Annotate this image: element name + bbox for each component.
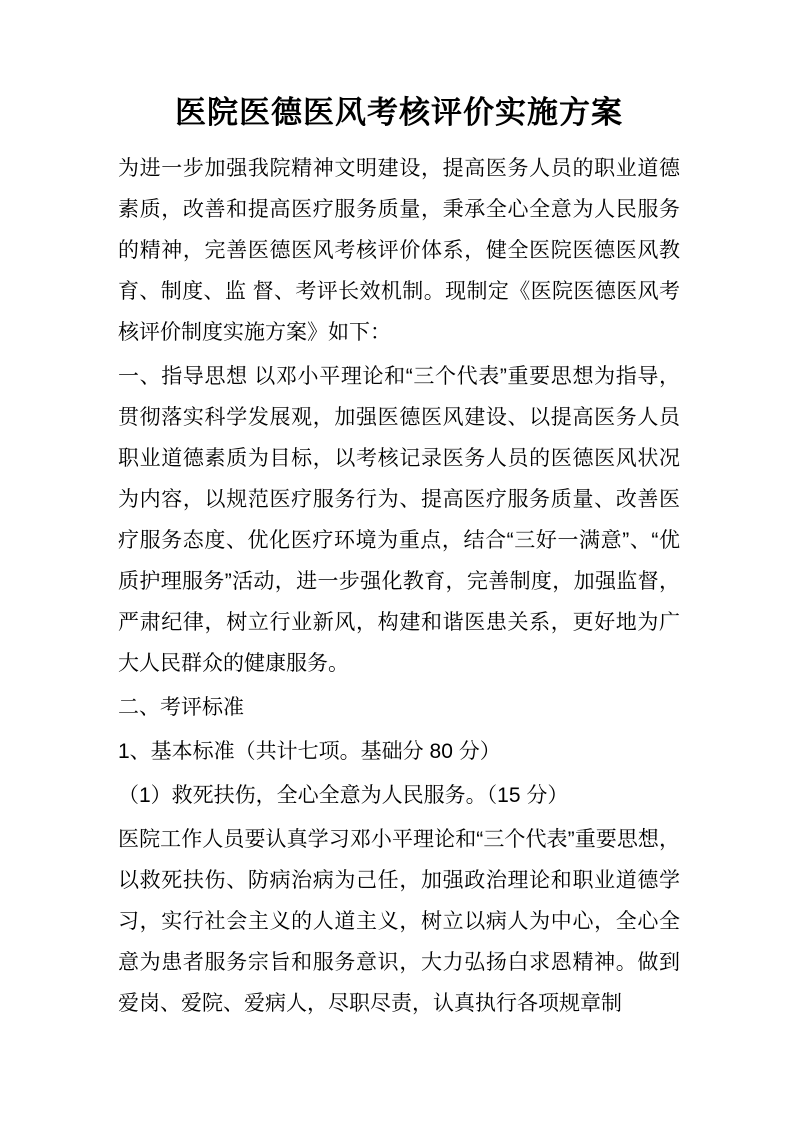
document-body: 为进一步加强我院精神文明建设，提高医务人员的职业道德素质，改善和提高医疗服务质量… [118, 148, 680, 1024]
paragraph-intro: 为进一步加强我院精神文明建设，提高医务人员的职业道德素质，改善和提高医疗服务质量… [118, 148, 680, 353]
document-title: 医院医德医风考核评价实施方案 [118, 90, 680, 136]
paragraph-guiding-ideology: 一、指导思想 以邓小平理论和“三个代表”重要思想为指导，贯彻落实科学发展观，加强… [118, 356, 680, 684]
heading-basic-standards: 1、基本标准（共计七项。基础分 80 分） [118, 731, 680, 772]
heading-item-1: （1）救死扶伤，全心全意为人民服务。（15 分） [118, 775, 680, 816]
heading-assessment-standards: 二、考评标准 [118, 687, 680, 728]
paragraph-item-1-detail: 医院工作人员要认真学习邓小平理论和“三个代表”重要思想，以救死扶伤、防病治病为己… [118, 819, 680, 1024]
document-page: 医院医德医风考核评价实施方案 为进一步加强我院精神文明建设，提高医务人员的职业道… [0, 0, 793, 1122]
